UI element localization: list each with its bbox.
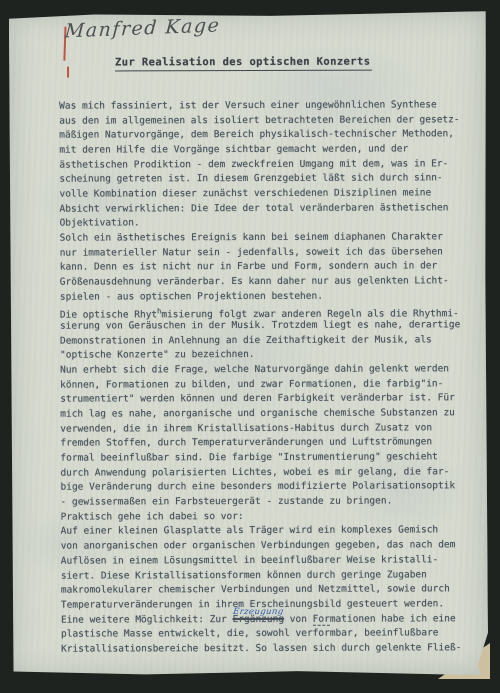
document-body: Was mich fassiniert, ist der Versuch ein…	[59, 98, 468, 657]
text-line: Kristallisationsbereiche besitzt. So las…	[61, 641, 468, 657]
document-title: Zur Realisation des optischen Konzerts	[115, 56, 372, 72]
text-line: Praktisch gehe ich dabei so vor:	[61, 509, 468, 525]
handwritten-insertion: Erzeugung	[232, 605, 285, 620]
text-line: siert. Diese Kristallisationsformen könn…	[61, 568, 468, 584]
text-line: Eine weitere Möglichkeit: Zur ErgänzungE…	[61, 612, 468, 628]
text-line: mäßigen Naturvorgänge, dem Bereich physi…	[59, 128, 466, 144]
text-line: fremden Stoffen, durch Temperaturverände…	[60, 436, 467, 452]
text-line: Größenausdehnung veränderbar. Es kann da…	[60, 274, 467, 290]
scanned-page: Manfred Kage Zur Realisation des optisch…	[0, 0, 500, 693]
red-ink-mark	[9, 11, 486, 13]
text-line: können, Formationen zu bilden, und zwar …	[60, 377, 467, 393]
text-line: Absicht verwirklichen: Die Idee der tota…	[60, 201, 467, 217]
text-line: Die optische Rhythmisierung folgt zwar a…	[60, 304, 467, 320]
text-line: sierung von Geräuschen in der Musik. Tro…	[60, 318, 467, 334]
text-line: mit deren Hilfe die Vorgänge sichtbar ge…	[59, 142, 466, 158]
text-line: Nun erhebt sich die Frage, welche Naturv…	[60, 362, 467, 378]
text-line: ästhetischen Prodiktion - dem zweckfreie…	[59, 157, 466, 173]
text-line: nur immaterieller Natur sein - jedenfall…	[60, 245, 467, 261]
text-line: Auflösen in einem Lösungsmittel in beein…	[61, 553, 468, 569]
text-line: von anorganischen oder organischen Verbi…	[61, 538, 468, 554]
text-line: plastische Masse entwickelt, die, sowohl…	[61, 626, 468, 642]
text-line: volle Kombination dieser zunächst versch…	[59, 186, 466, 202]
text-line: verwenden, die in ihrem Kristallisations…	[60, 421, 467, 437]
text-line: bige Veränderung durch eine besonders mo…	[60, 480, 467, 496]
text-line: Solch ein ästhetisches Ereignis kann bei…	[60, 230, 467, 246]
text-line: Was mich fassiniert, ist der Versuch ein…	[59, 98, 466, 114]
text-line: Demonstrationen in Anlehnung an die Zeit…	[60, 333, 467, 349]
text-line: durch Anwendung polarisierten Lichtes, w…	[60, 465, 467, 481]
text-line: "optische Konzerte" zu bezeichnen.	[60, 348, 467, 364]
paper-sheet: Manfred Kage Zur Realisation des optisch…	[9, 11, 488, 677]
text-line: - gewissermaßen ein Farbsteuergerät - zu…	[61, 494, 468, 510]
handwritten-name: Manfred Kage	[64, 14, 221, 42]
text-line: kann. Denn es ist nicht nur in Farbe und…	[60, 260, 467, 276]
text-line: makromolekularer chemischer Verbindungen…	[61, 582, 468, 598]
text-line: scheinung getreten ist. In diesem Grenzg…	[59, 172, 466, 188]
text-line: Objektivation.	[60, 216, 467, 232]
text-line: formal beeinflußbar sind. Die farbige "I…	[60, 450, 467, 466]
text-line: aus den im allgemeinen als isoliert betr…	[59, 113, 466, 129]
text-line: strumentiert" werden können und deren Fa…	[60, 392, 467, 408]
text-line: mich lag es nahe, anorganische und organ…	[60, 406, 467, 422]
text-line: spielen - aus optischen Projektionen bes…	[60, 289, 467, 305]
text-line: Auf einer kleinen Glasplatte als Träger …	[61, 524, 468, 540]
